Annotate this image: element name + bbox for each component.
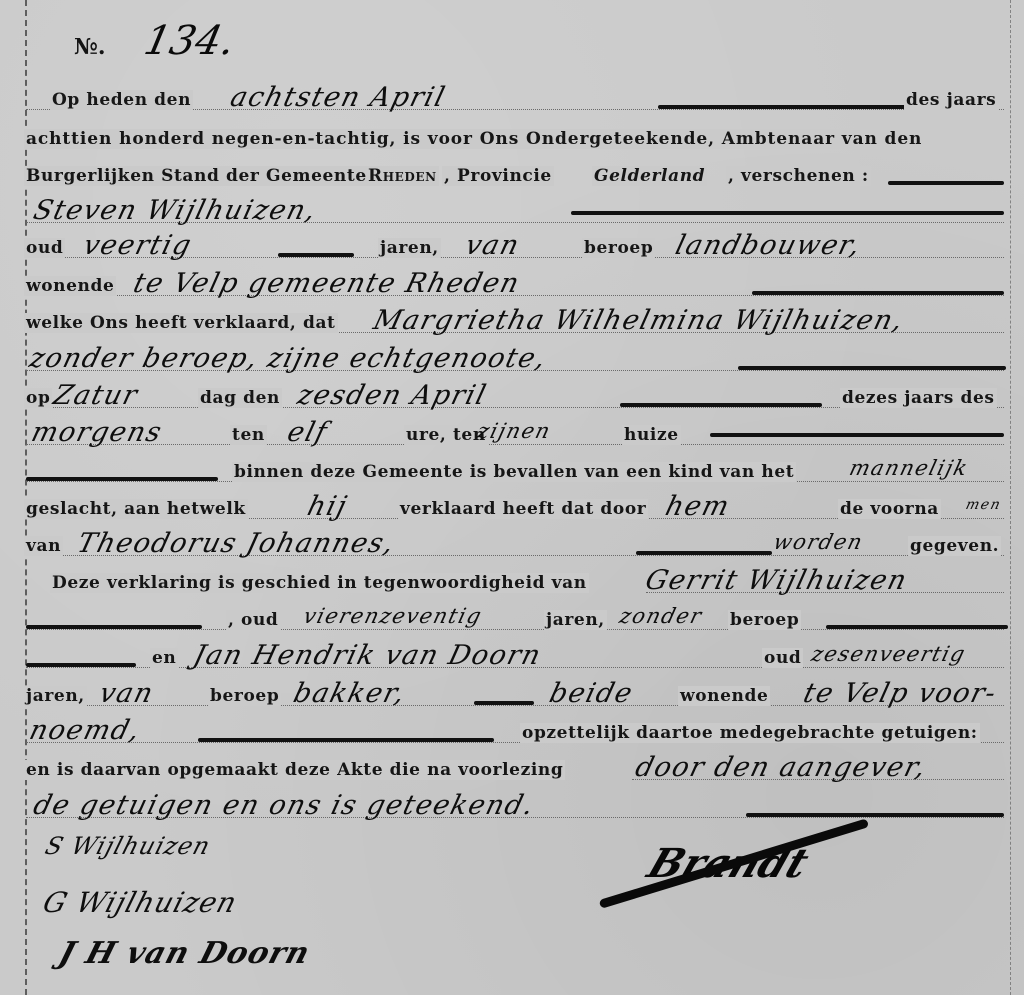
- fill-bar: [658, 105, 916, 109]
- handwritten-sex: mannelijk: [846, 453, 972, 483]
- record-number: 134.: [140, 18, 239, 64]
- handwritten-witness-1-age: vierenzeventig: [300, 601, 485, 631]
- handwritten-witness-2-name: Jan Hendrik van Doorn: [190, 641, 544, 671]
- printed-text: verklaard heeft dat door: [398, 499, 648, 519]
- handwritten-declarant-name: Steven Wijlhuizen,: [30, 196, 320, 226]
- fill-bar: [620, 403, 822, 407]
- line-birth-date: op Zatur dag den zesden April dezes jaar…: [26, 380, 1004, 414]
- printed-text: Deze verklaring is geschied in tegenwoor…: [50, 573, 589, 593]
- fill-bar: [198, 738, 494, 742]
- printed-text: beroep: [728, 610, 801, 630]
- fill-bar: [26, 663, 136, 667]
- line-witness-2-occupation: jaren, van beroep bakker, beide wonende …: [26, 678, 1004, 712]
- handwritten-date: achtsten April: [227, 83, 449, 113]
- printed-text: oud: [24, 238, 65, 258]
- fill-bar: [26, 477, 218, 481]
- printed-text: achttien honderd negen-en-tachtig, is vo…: [24, 129, 924, 149]
- handwritten-text: beide: [546, 679, 636, 709]
- line-residence: wonende te Velp gemeente Rheden: [26, 268, 1004, 302]
- fill-bar: [636, 551, 772, 555]
- line-signed: de getuigen en ons is geteekend.: [26, 790, 1004, 824]
- printed-text: wonende: [678, 686, 770, 706]
- line-naming: geslacht, aan hetwelk hij verklaard heef…: [26, 491, 1004, 525]
- handwritten-occupation: landbouwer,: [672, 231, 864, 261]
- handwritten-child-name: Theodorus Johannes,: [74, 529, 398, 559]
- fill-bar: [826, 625, 1008, 629]
- municipality-name: Rheden: [366, 166, 439, 186]
- line-age-occupation: oud veertig jaren, van beroep landbouwer…: [26, 230, 1004, 264]
- signature-witness-1: G Wijlhuizen: [39, 886, 241, 919]
- handwritten-text: noemd,: [26, 716, 144, 746]
- printed-text: van: [24, 536, 63, 556]
- fill-bar: [26, 625, 202, 629]
- fill-bar: [738, 366, 1006, 370]
- line-municipality: Burgerlijken Stand der Gemeente Rheden ,…: [26, 158, 1004, 192]
- printed-text: op: [24, 388, 52, 408]
- printed-text: jaren,: [378, 238, 441, 258]
- handwritten-text: hem: [662, 492, 733, 522]
- printed-text: en is daarvan opgemaakt deze Akte die na…: [24, 760, 565, 780]
- handwritten-residence: te Velp gemeente Rheden: [130, 269, 523, 299]
- handwritten-text: de getuigen en ons is geteekend.: [30, 791, 537, 821]
- handwritten-witness-2-occupation: bakker,: [290, 679, 409, 709]
- printed-text: jaren,: [544, 610, 607, 630]
- printed-text: Op heden den: [50, 90, 193, 110]
- printed-text: gegeven.: [908, 536, 1001, 556]
- province-name: Gelderland: [592, 166, 707, 186]
- printed-text: opzettelijk daartoe medegebrachte getuig…: [520, 723, 980, 743]
- handwritten-witness-2-age: zesenveertig: [808, 639, 969, 669]
- fill-bar: [888, 181, 1004, 185]
- handwritten-text: worden: [770, 527, 867, 557]
- line-birth-time: morgens ten elf ure, ten zijnen huize: [26, 417, 1004, 451]
- printed-text: huize: [622, 425, 681, 445]
- fill-bar: [278, 253, 354, 257]
- printed-text: , Provincie: [442, 166, 554, 186]
- printed-text: des jaars: [904, 90, 998, 110]
- line-witness-2-name: en Jan Hendrik van Doorn oud zesenveerti…: [26, 640, 1004, 674]
- handwritten-text: hij: [304, 492, 350, 522]
- printed-text: wonende: [24, 276, 116, 296]
- printed-text: beroep: [582, 238, 655, 258]
- fill-bar: [752, 291, 1004, 295]
- signature-flourish: [599, 818, 869, 908]
- printed-text: ten: [230, 425, 267, 445]
- line-child-name: van Theodorus Johannes, worden gegeven.: [26, 528, 1004, 562]
- right-margin-rule: [1010, 0, 1011, 995]
- line-witness-1-details: , oud vierenzeventig jaren, zonder beroe…: [26, 602, 1004, 636]
- line-witnesses-summary: noemd, opzettelijk daartoe medegebrachte…: [26, 715, 1004, 749]
- printed-text: jaren,: [24, 686, 87, 706]
- handwritten-time-of-day: morgens: [28, 418, 165, 448]
- handwritten-text: zijnen: [474, 416, 554, 446]
- signature-witness-2: J H van Doorn: [55, 936, 314, 971]
- fill-bar: [746, 813, 1004, 817]
- line-mother-name: welke Ons heeft verklaard, dat Margrieth…: [26, 305, 1004, 339]
- printed-text: de voorna: [838, 499, 941, 519]
- handwritten-text: zonder: [616, 601, 706, 631]
- document-page: №. 134. Op heden den achtsten April des …: [0, 0, 1024, 995]
- line-witness-intro: Deze verklaring is geschied in tegenwoor…: [26, 565, 1004, 599]
- line-date: Op heden den achtsten April des jaars: [26, 82, 1004, 116]
- printed-text: en: [150, 648, 178, 668]
- fill-bar: [710, 433, 1004, 437]
- handwritten-witness-1-name: Gerrit Wijlhuizen: [642, 566, 910, 596]
- printed-text: dezes jaars des: [840, 388, 997, 408]
- printed-text: beroep: [208, 686, 281, 706]
- handwritten-text: van: [462, 231, 523, 261]
- signature-declarant: S Wijlhuizen: [42, 832, 214, 860]
- handwritten-text: door den aangever,: [632, 753, 930, 783]
- handwritten-hour: elf: [284, 418, 331, 448]
- printed-text: geslacht, aan hetwelk: [24, 499, 248, 519]
- line-act-drawn-up: en is daarvan opgemaakt deze Akte die na…: [26, 752, 1004, 786]
- printed-text: Burgerlijken Stand der Gemeente: [24, 166, 369, 186]
- line-child-sex: binnen deze Gemeente is bevallen van een…: [26, 454, 1004, 488]
- line-mother-status: zonder beroep, zijne echtgenoote,: [26, 343, 1004, 377]
- printed-text: binnen deze Gemeente is bevallen van een…: [232, 462, 796, 482]
- line-year: achttien honderd negen-en-tachtig, is vo…: [26, 121, 1004, 155]
- handwritten-text: men: [962, 490, 1005, 520]
- line-declarant-name: Steven Wijlhuizen,: [26, 195, 1004, 229]
- handwritten-age: veertig: [80, 231, 195, 261]
- printed-text: oud: [762, 648, 803, 668]
- handwritten-text: zonder beroep, zijne echtgenoote,: [26, 344, 550, 374]
- printed-text: , oud: [226, 610, 280, 630]
- fill-bar: [474, 701, 534, 705]
- handwritten-birth-date: zesden April: [294, 381, 490, 411]
- handwritten-text: van: [96, 679, 157, 709]
- record-number-label: №.: [74, 34, 106, 60]
- handwritten-residence: te Velp voor-: [800, 679, 1000, 709]
- handwritten-mother-name: Margrietha Wilhelmina Wijlhuizen,: [370, 306, 907, 336]
- fill-bar: [571, 211, 1004, 215]
- printed-text: welke Ons heeft verklaard, dat: [24, 313, 338, 333]
- printed-text: dag den: [198, 388, 282, 408]
- printed-text: , verschenen :: [726, 166, 871, 186]
- handwritten-weekday: Zatur: [50, 381, 141, 411]
